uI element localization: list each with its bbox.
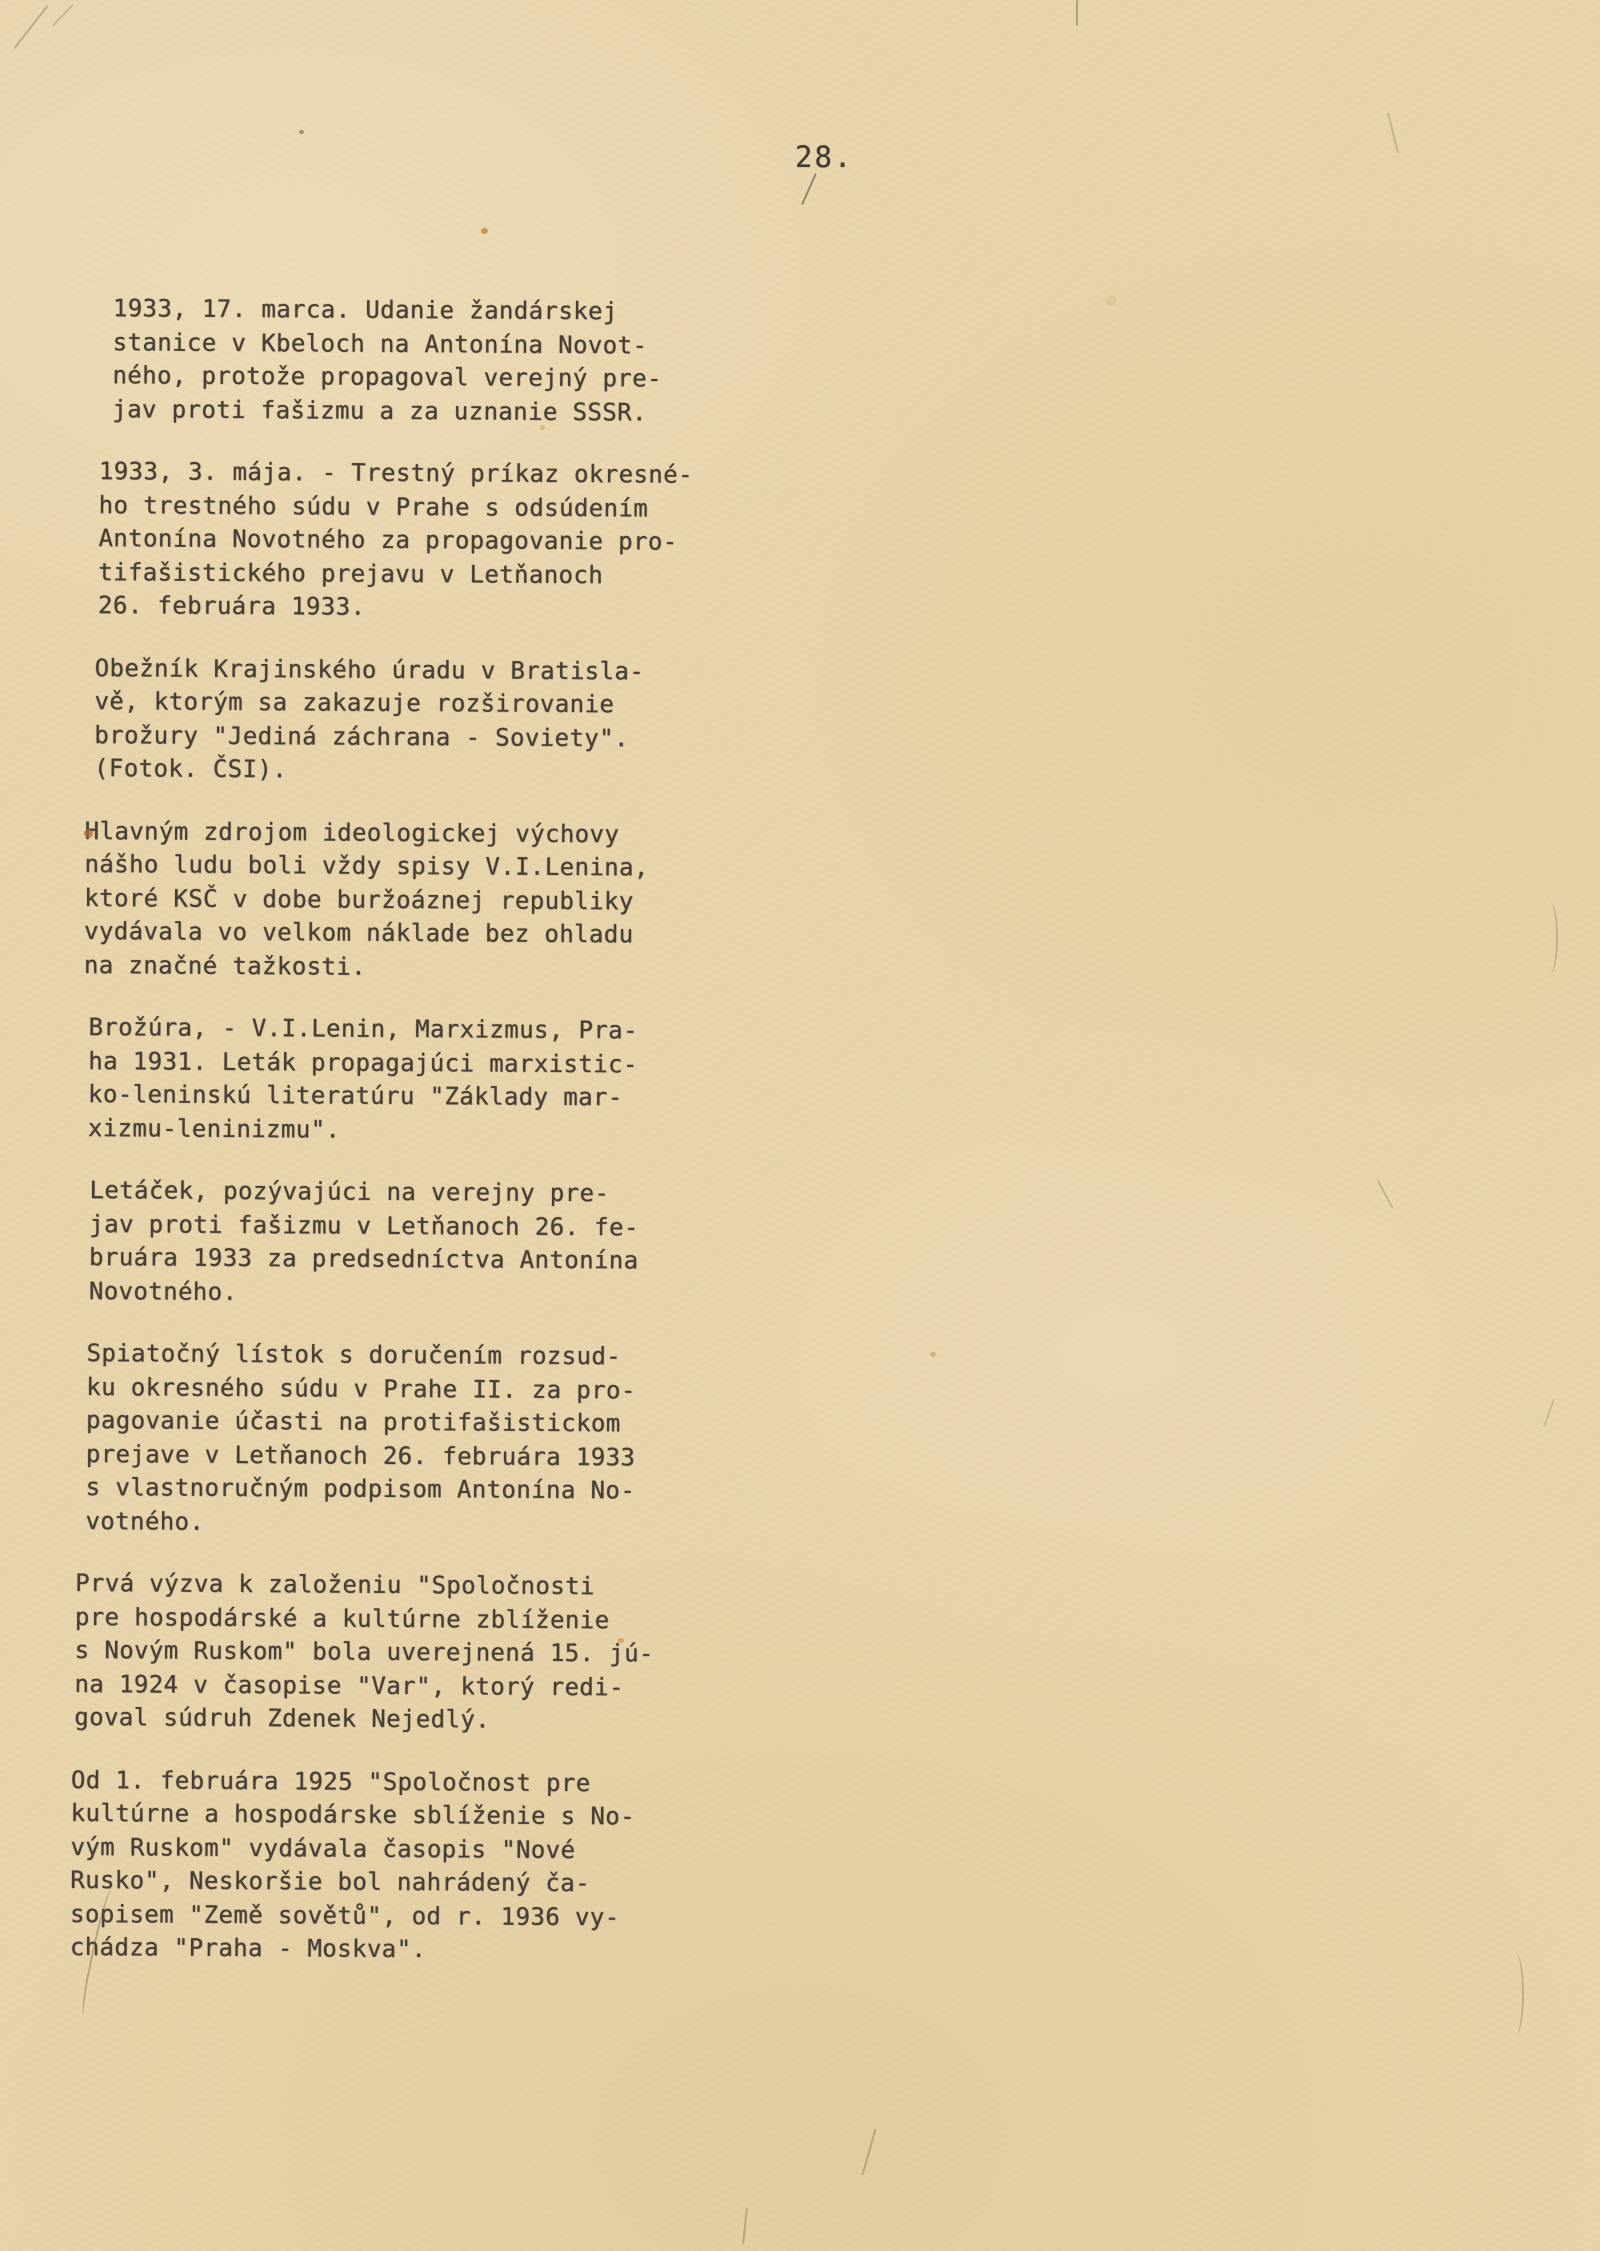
text-line: Od 1. februára 1925 "Spoločnost pre [71, 1763, 731, 1801]
text-line: s Novým Ruskom" bola uverejnená 15. jú- [75, 1634, 732, 1672]
text-line: vým Ruskom" vydávala časopis "Nové [70, 1830, 730, 1868]
paper-speck [299, 130, 304, 134]
pencil-mark [1387, 112, 1399, 153]
paragraph: 1933, 3. mája. - Trestný príkaz okresné-… [98, 455, 739, 626]
paragraph: Od 1. februára 1925 "Spoločnost prekultú… [70, 1763, 731, 1968]
text-block: 1933, 17. marca. Udanie žandárskejstanic… [70, 292, 740, 1998]
text-line: Spiatočný lístok s doručením rozsud- [86, 1337, 733, 1374]
paper-speck [84, 829, 93, 838]
text-line: pagovanie účasti na protifašistickom [86, 1404, 733, 1441]
paragraph: 1933, 17. marca. Udanie žandárskejstanic… [112, 292, 740, 430]
text-line: Novotného. [89, 1275, 734, 1312]
paragraph: Brožúra, - V.I.Lenin, Marxizmus, Pra-ha … [88, 1011, 736, 1149]
text-line: Prvá výzva k založeniu "Spoločnosti [75, 1567, 732, 1605]
paragraph: Spiatočný lístok s doručením rozsud-ku o… [85, 1337, 733, 1542]
text-line: na značné tažkosti. [84, 949, 736, 986]
text-line: votného. [85, 1505, 732, 1542]
paper-speck [1105, 296, 1117, 306]
pencil-mark [861, 2129, 876, 2176]
document-page: 28. 1933, 17. marca. Udanie žandárskejst… [0, 0, 1600, 2251]
text-line: Letáček, pozývajúci na verejny pre- [89, 1174, 734, 1211]
text-line: 26. februára 1933. [98, 589, 738, 626]
text-line: ho trestného súdu v Prahe s odsúdením [99, 489, 739, 526]
paragraph: Prvá výzva k založeniu "Spoločnostipre h… [74, 1567, 732, 1739]
text-line: s vlastnoručným podpisom Antonína No- [86, 1471, 733, 1508]
text-line: vě, ktorým sa zakazuje rozširovanie [94, 685, 737, 722]
text-line: goval súdruh Zdenek Nejedlý. [74, 1701, 731, 1739]
pencil-mark [1506, 1952, 1524, 2036]
pencil-mark [52, 4, 74, 27]
text-line: tifašistického prejavu v Letňanoch [98, 556, 738, 593]
text-line: sopisem "Země sovětů", od r. 1936 vy- [70, 1897, 730, 1935]
text-line: Rusko", Neskoršie bol nahrádený ča- [70, 1864, 730, 1902]
paragraph: Hlavným zdrojom ideologickej výchovynášh… [84, 815, 737, 986]
pencil-mark [1543, 1399, 1555, 1428]
text-line: chádza "Praha - Moskva". [70, 1931, 730, 1969]
text-line: Obežník Krajinského úradu v Bratisla- [95, 652, 738, 689]
text-line: stanice v Kbeloch na Antonína Novot- [113, 326, 740, 363]
page-number: 28. [795, 140, 853, 174]
paper-speck [481, 228, 488, 234]
text-line: Brožúra, - V.I.Lenin, Marxizmus, Pra- [88, 1011, 735, 1048]
text-line: ko-leninskú literatúru "Základy mar- [88, 1078, 735, 1115]
pencil-mark [742, 2208, 748, 2244]
pencil-mark [1076, 0, 1078, 26]
text-line: bruára 1933 za predsedníctva Antonína [89, 1241, 734, 1278]
text-line: xizmu-leninizmu". [88, 1112, 735, 1149]
text-line: Antonína Novotného za propagovanie pro- [98, 522, 738, 559]
text-line: kultúrne a hospodárske sblíženie s No- [71, 1797, 731, 1835]
text-line: jav proti fašizmu v Letňanoch 26. fe- [89, 1208, 734, 1245]
text-line: Hlavným zdrojom ideologickej výchovy [85, 815, 737, 852]
text-line: ha 1931. Leták propagajúci marxistic- [88, 1045, 735, 1082]
text-line: 1933, 17. marca. Udanie žandárskej [113, 292, 740, 329]
text-line: 1933, 3. mája. - Trestný príkaz okresné- [99, 455, 739, 492]
text-line: pre hospodárské a kultúrne zblíženie [75, 1600, 732, 1638]
pencil-mark [14, 5, 49, 49]
paper-speck [540, 425, 545, 430]
paper-speck [618, 1638, 624, 1643]
pencil-mark [1377, 1179, 1394, 1208]
text-line: prejave v Letňanoch 26. februára 1933 [86, 1438, 733, 1475]
text-line: ktoré KSČ v dobe buržoáznej republiky [84, 882, 736, 919]
paragraph: Obežník Krajinského úradu v Bratisla-vě,… [94, 652, 738, 790]
paragraph: Letáček, pozývajúci na verejny pre-jav p… [89, 1174, 735, 1312]
text-line: jav proti fašizmu a za uznanie SSSR. [112, 393, 739, 430]
text-line: brožury "Jediná záchrana - Soviety". [94, 719, 737, 756]
text-line: vydávala vo velkom náklade bez ohladu [84, 915, 736, 952]
text-line: na 1924 v časopise "Var", ktorý redi- [74, 1667, 731, 1705]
paper-speck [930, 1352, 936, 1357]
text-line: (Fotok. ČSI). [94, 752, 737, 789]
pencil-mark [1542, 902, 1558, 974]
text-line: ného, protože propagoval verejný pre- [112, 359, 739, 396]
text-line: nášho ludu boli vždy spisy V.I.Lenina, [84, 848, 736, 885]
pencil-mark [801, 173, 817, 205]
text-line: ku okresného súdu v Prahe II. za pro- [86, 1371, 733, 1408]
